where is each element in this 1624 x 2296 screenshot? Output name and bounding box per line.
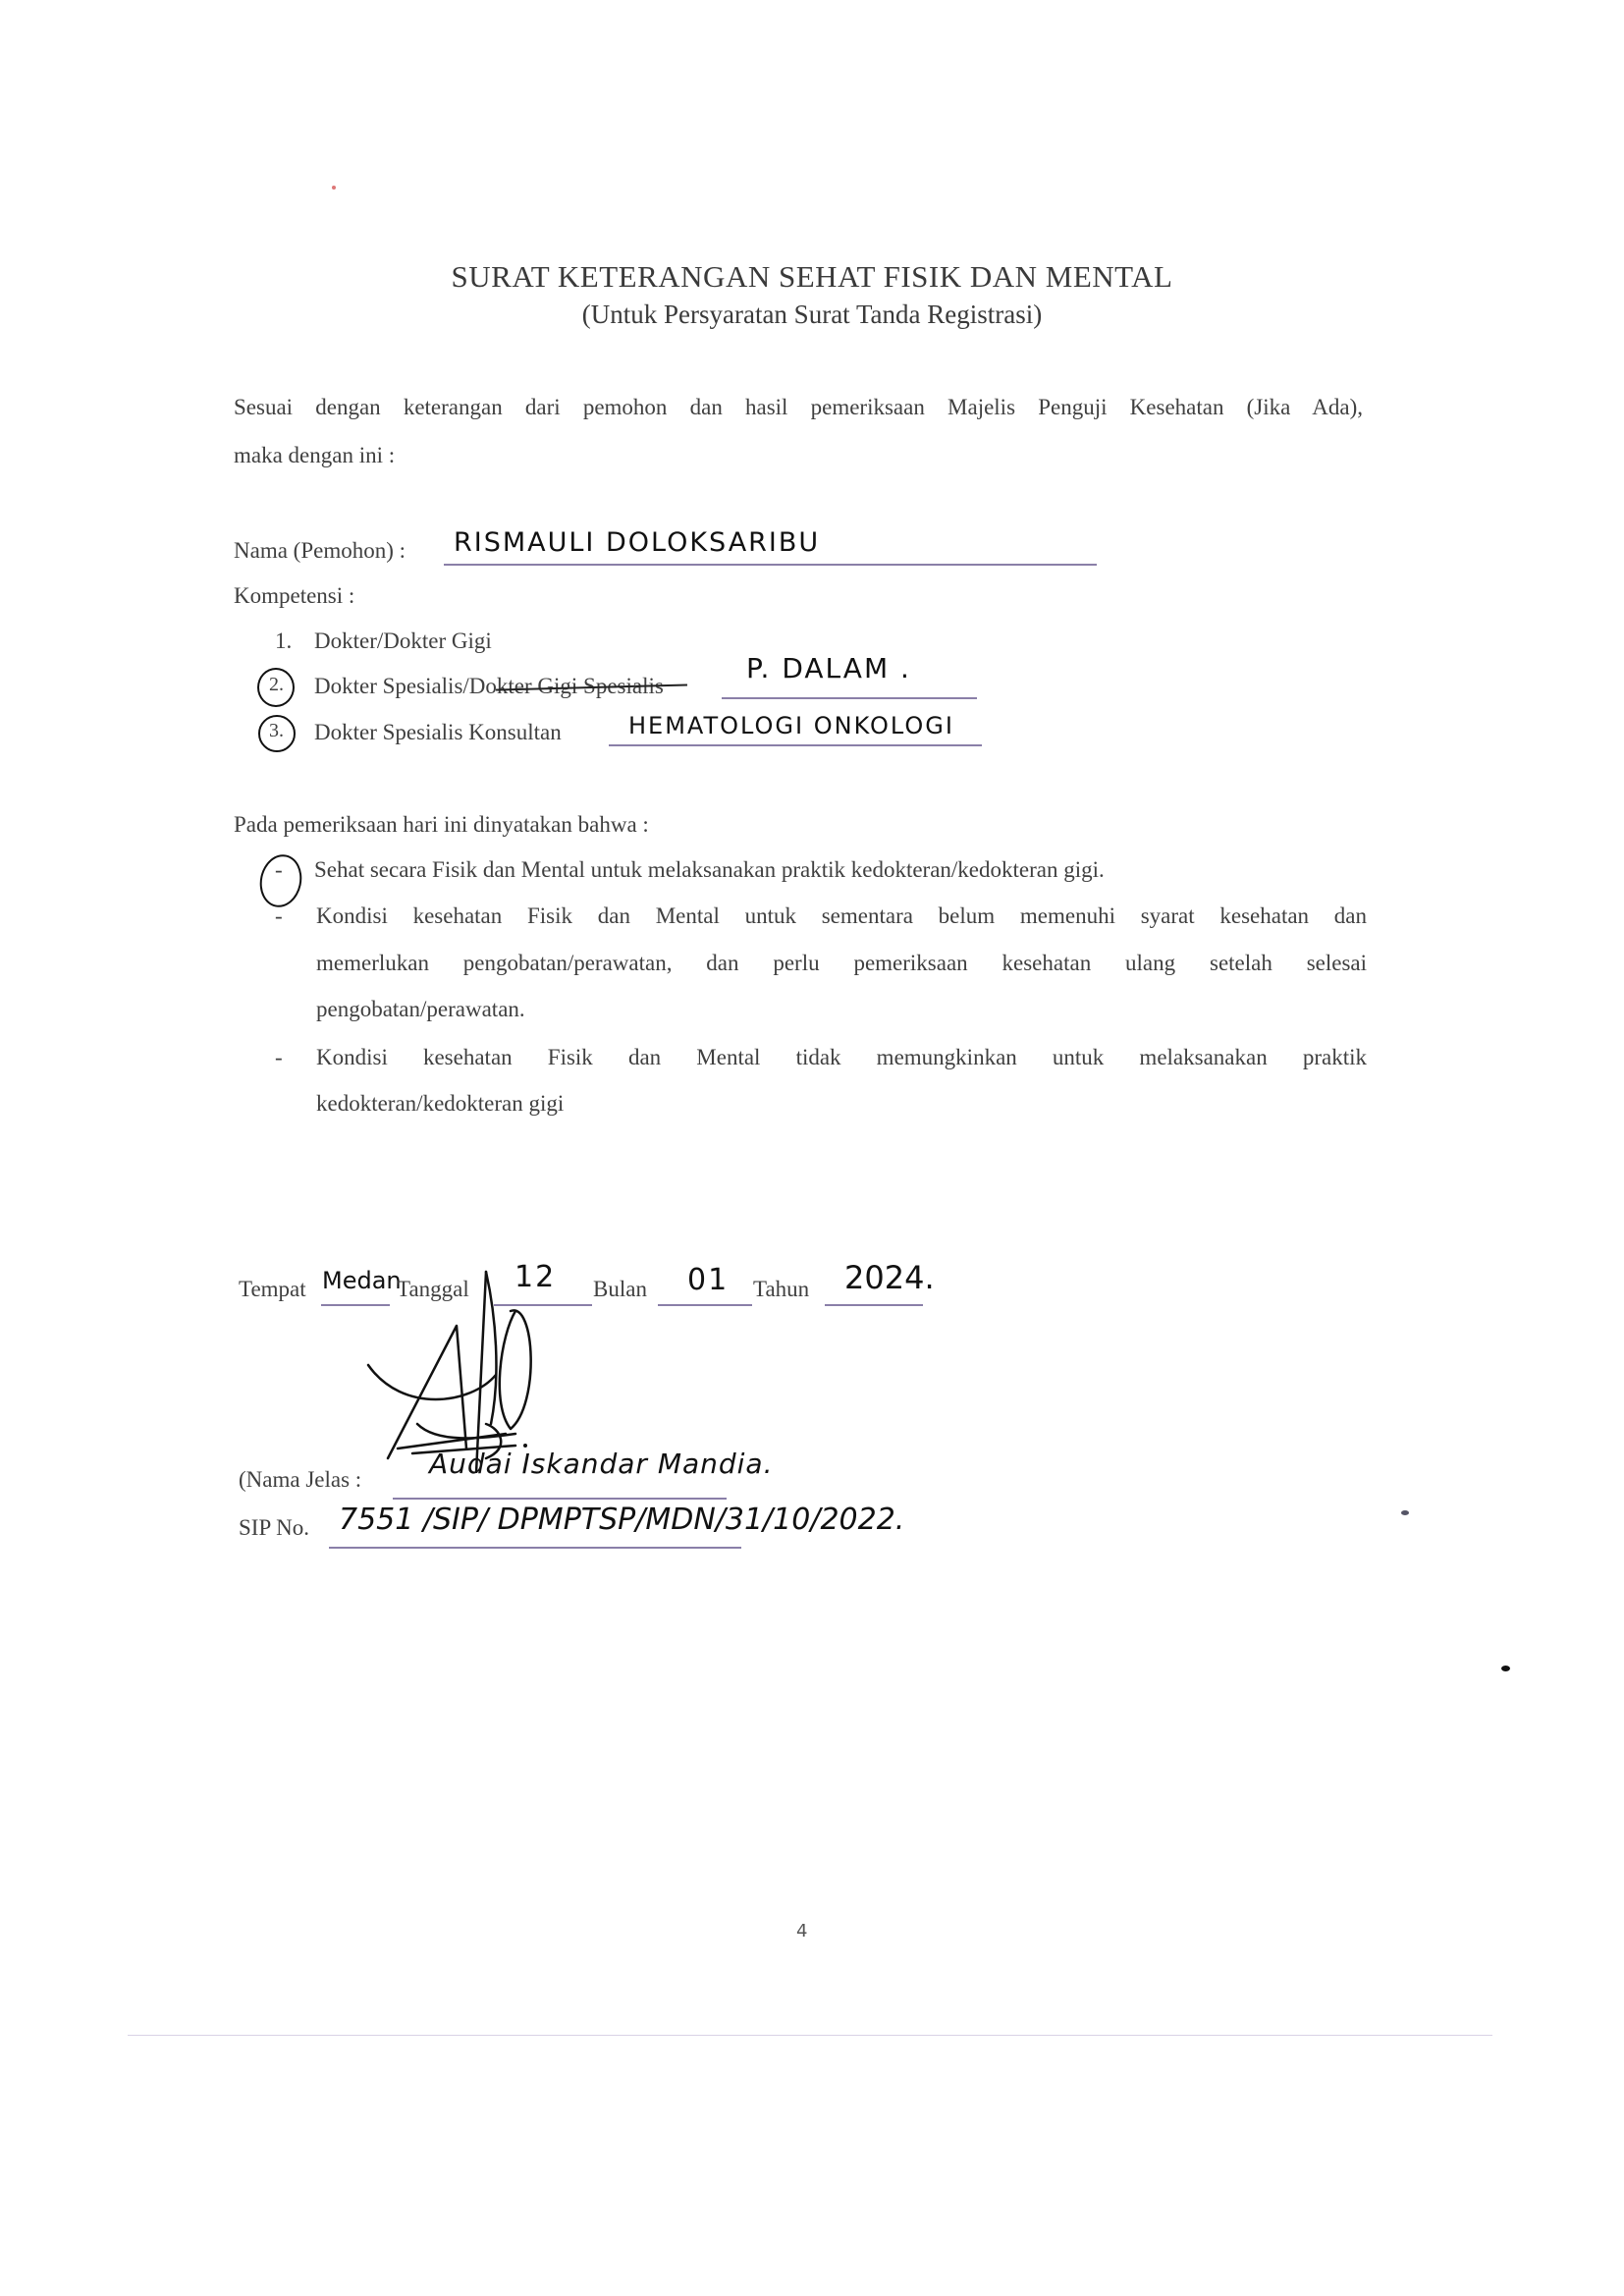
scan-bottom-rule [128,2035,1492,2036]
competence-item-3-text: Dokter Spesialis Konsultan [314,720,562,745]
competence-item-2-handwritten: P. DALAM . [746,652,911,684]
sip-label: SIP No. [239,1515,309,1541]
competence-item-1-number: 1. [275,629,292,654]
signatory-name-line [393,1496,727,1500]
signature-icon [363,1257,560,1473]
scan-speck [1401,1510,1409,1515]
competence-item-3-handwritten: HEMATOLOGI ONKOLOGI [628,712,954,739]
competence-item-2-number: 2. [269,674,284,696]
exam-option-1-line-1: Sehat secara Fisik dan Mental untuk mela… [314,857,1105,883]
exam-option-2-line-2: memerlukan pengobatan/perawatan, dan per… [316,951,1367,976]
page-number: 4 [796,1921,807,1941]
signatory-name-label: (Nama Jelas : [239,1467,361,1493]
applicant-label: Nama (Pemohon) : [234,538,406,564]
month-label: Bulan [593,1277,647,1302]
month-line [658,1302,752,1306]
year-label: Tahun [753,1277,809,1302]
year-line [825,1302,923,1306]
competence-label: Kompetensi : [234,583,354,609]
exam-option-1-bullet: - [275,857,283,883]
exam-option-2-line-1: Kondisi kesehatan Fisik dan Mental untuk… [316,903,1367,929]
exam-option-3-bullet: - [275,1045,283,1070]
competence-item-2-line [722,695,977,699]
document-title: SURAT KETERANGAN SEHAT FISIK DAN MENTAL [0,259,1624,295]
place-label: Tempat [239,1277,306,1302]
intro-line-2: maka dengan ini : [234,443,395,468]
exam-option-2-bullet: - [275,903,283,929]
signatory-name-value: Audai Iskandar Mandia. [429,1448,774,1480]
competence-item-3-number: 3. [269,720,284,742]
document-subtitle: (Untuk Persyaratan Surat Tanda Registras… [0,300,1624,330]
exam-option-3-line-1: Kondisi kesehatan Fisik dan Mental tidak… [316,1045,1367,1070]
competence-item-3-line [609,742,982,746]
year-value: 2024. [844,1259,935,1296]
scan-speck [1501,1666,1510,1671]
sip-line [329,1545,741,1549]
sip-value: 7551 /SIP/ DPMPTSP/MDN/31/10/2022. [339,1503,904,1537]
competence-item-2-kept: Dokter Spesialis/ [314,674,469,698]
scan-speck [332,186,336,190]
month-value: 01 [687,1263,729,1297]
examination-label: Pada pemeriksaan hari ini dinyatakan bah… [234,812,649,838]
exam-option-2-line-3: pengobatan/perawatan. [316,997,525,1022]
intro-line-1: Sesuai dengan keterangan dari pemohon da… [234,395,1363,420]
applicant-name-value: RISMAULI DOLOKSARIBU [454,527,820,558]
competence-item-1-text: Dokter/Dokter Gigi [314,629,492,654]
applicant-name-line [444,562,1097,566]
exam-option-3-line-2: kedokteran/kedokteran gigi [316,1091,564,1117]
